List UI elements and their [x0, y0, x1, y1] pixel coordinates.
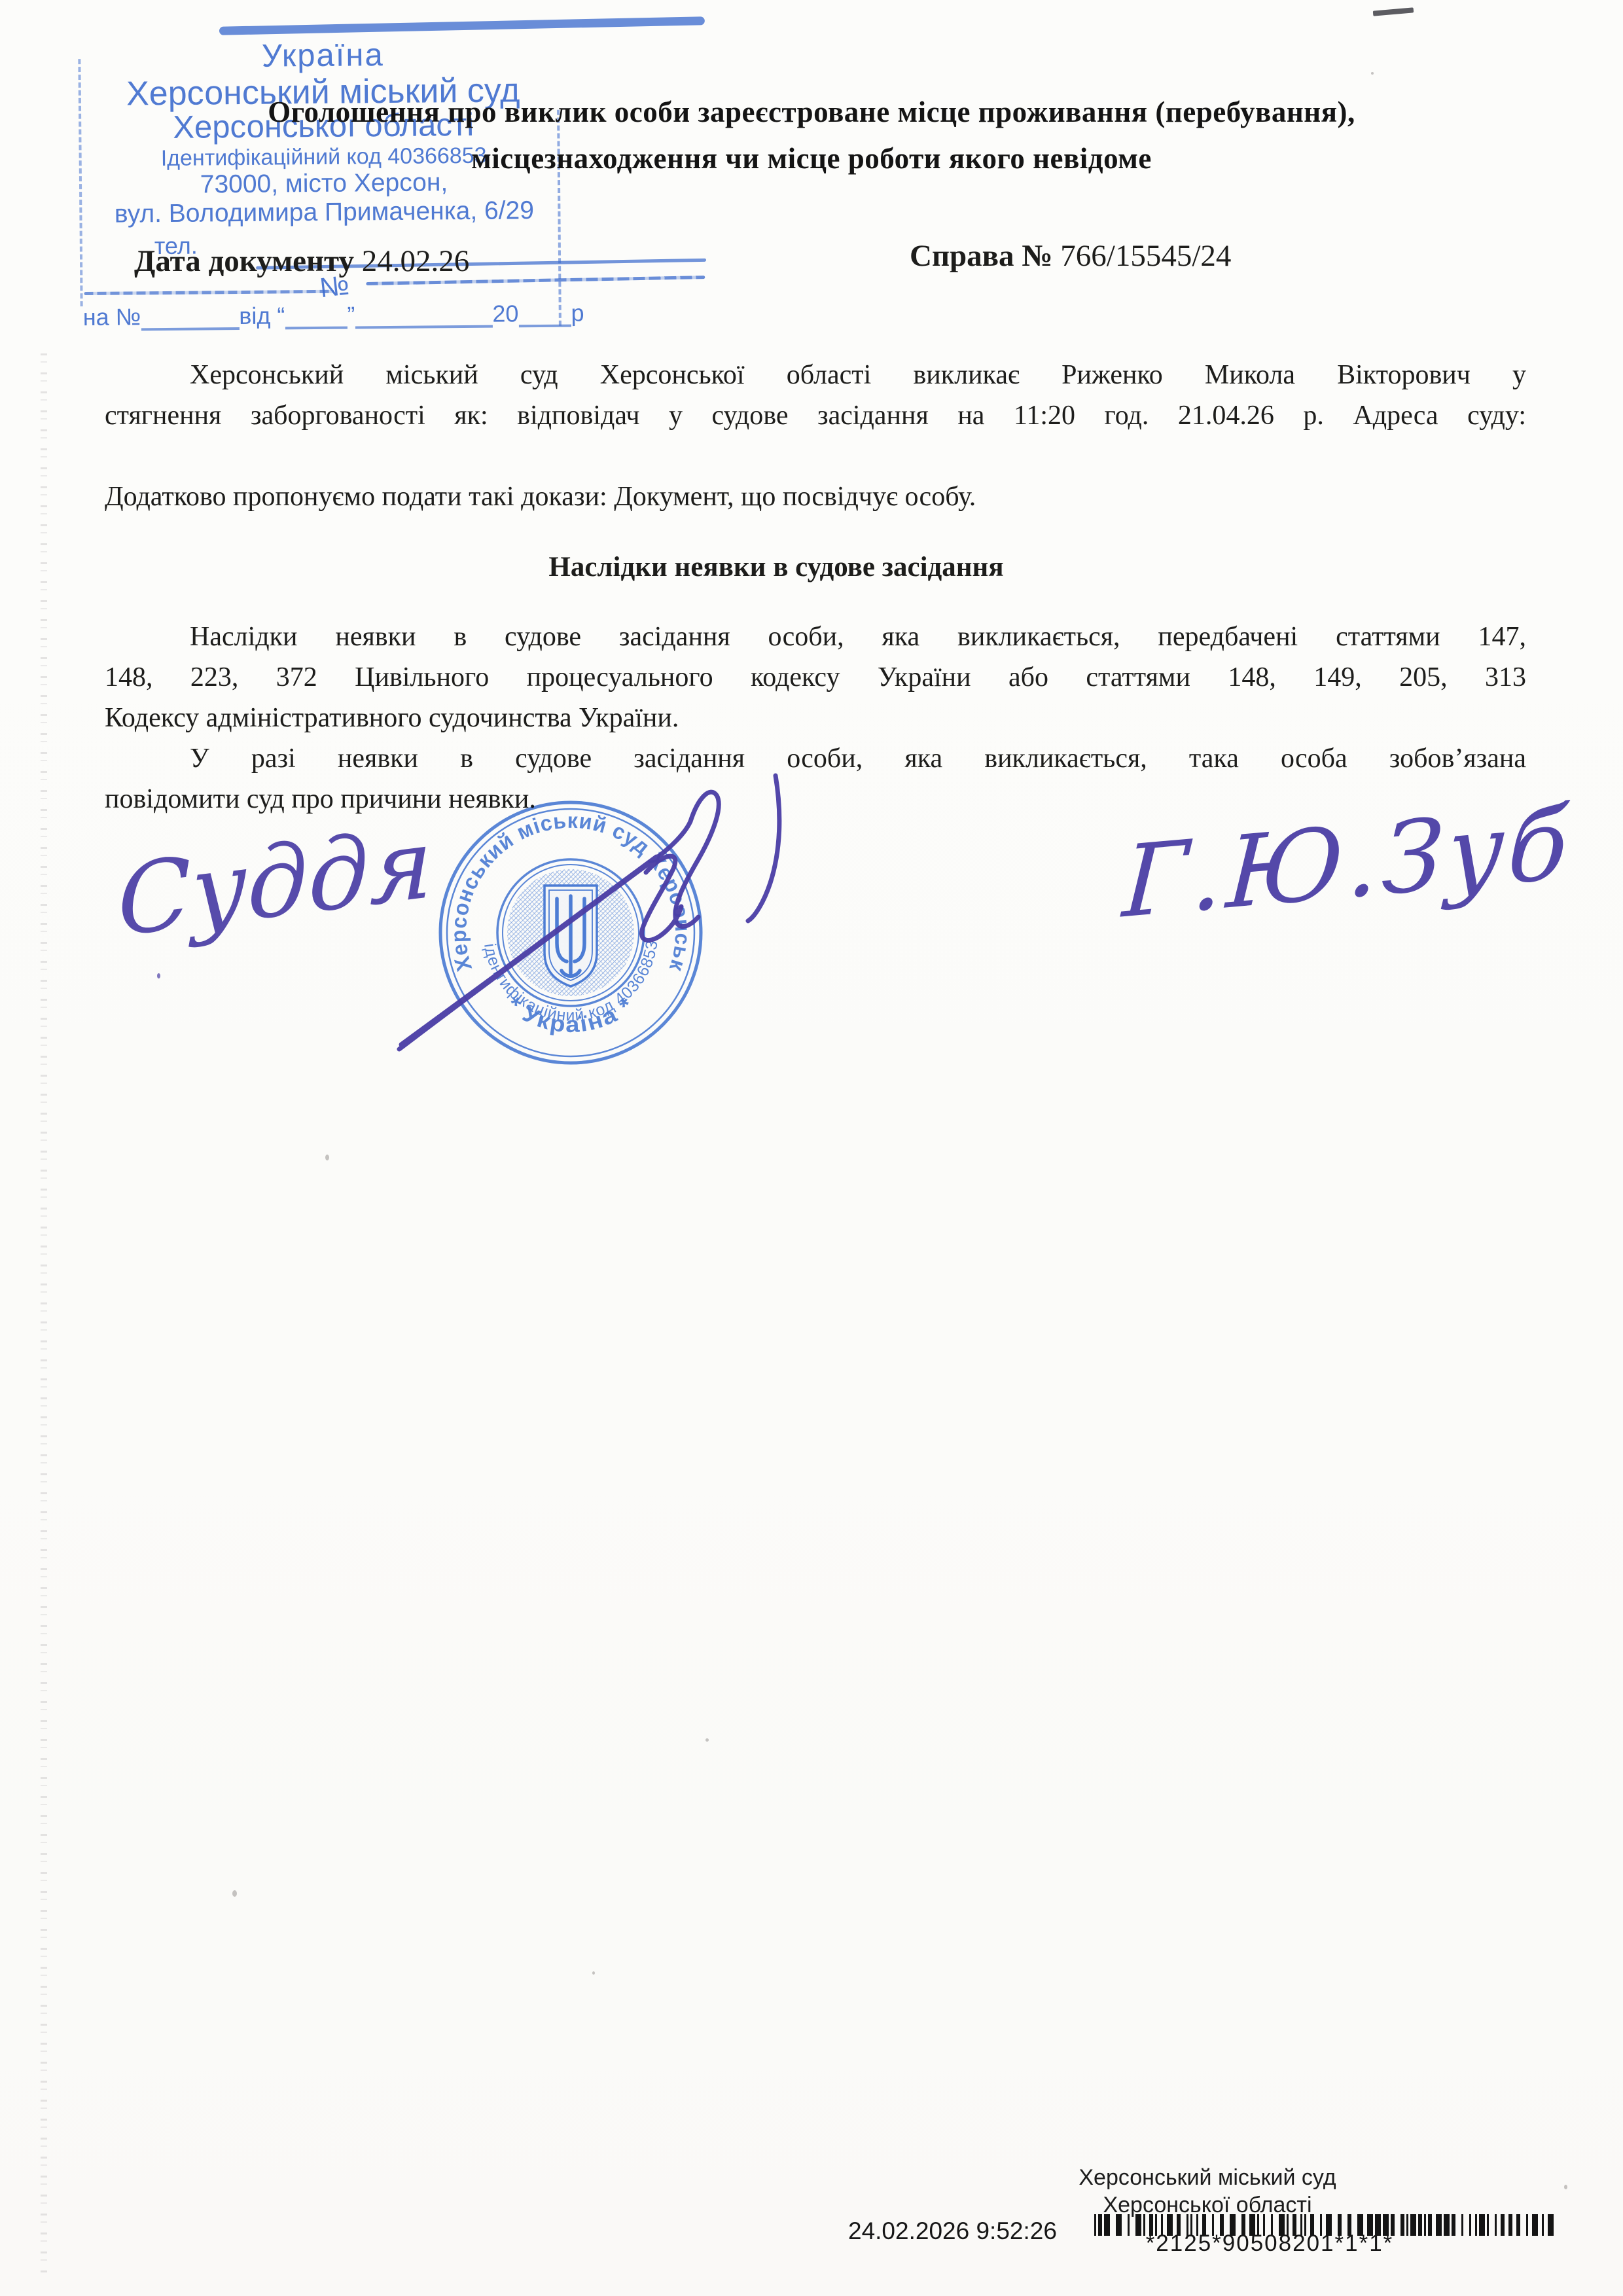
barcode-bar — [1469, 2214, 1471, 2236]
barcode-bar — [1452, 2214, 1455, 2236]
stamp-country: Україна — [74, 35, 571, 77]
text-line: Кодексу адміністративного судочинства Ук… — [105, 698, 1526, 738]
stamp-blank-line — [518, 300, 571, 328]
stamp-top-border — [219, 16, 705, 35]
court-inbound-stamp: Україна Херсонський міський суд Херсонсь… — [74, 16, 705, 348]
stamp-ref-close-quote: ” — [347, 301, 355, 329]
stamp-blank-line — [285, 302, 347, 330]
barcode-bar — [1548, 2214, 1554, 2236]
barcode-bar — [1487, 2214, 1489, 2236]
text-line: 148, 223, 372 Цивільного процесуального … — [105, 657, 1526, 698]
barcode-bar — [1542, 2214, 1544, 2236]
stamp-address-line2: вул. Володимира Примаченка, 6/29 — [75, 196, 573, 230]
case-label: Справа № — [910, 239, 1053, 273]
case-number-line: Справа № 766/15545/24 — [910, 238, 1231, 274]
stamp-ref-year: 20 — [492, 300, 518, 327]
barcode-bar — [1461, 2214, 1463, 2236]
document-title-line1: Оголошення про виклик особи зареєстрован… — [0, 89, 1623, 135]
scanned-document-page: Україна Херсонський міський суд Херсонсь… — [0, 0, 1623, 2296]
text-line: Херсонський міський суд Херсонської обла… — [105, 355, 1526, 395]
scan-corner-artifact — [1373, 7, 1414, 16]
footer-court-name: Херсонський міський суд Херсонської обла… — [1044, 2164, 1371, 2219]
section-heading: Наслідки неявки в судове засідання — [105, 547, 1448, 588]
document-title-line2: місцезнаходження чи місце роботи якого н… — [0, 135, 1623, 182]
barcode-bar — [1428, 2214, 1432, 2236]
barcode-bar — [1479, 2214, 1485, 2236]
barcode-bar — [1444, 2214, 1450, 2236]
barcode-bar — [1526, 2214, 1528, 2236]
stamp-blank-line — [141, 302, 239, 331]
scan-speck — [1371, 72, 1374, 75]
date-label: Дата документу — [134, 244, 354, 278]
footer-datetime: 24.02.2026 9:52:26 — [848, 2217, 1057, 2245]
scan-speck — [705, 1738, 709, 1742]
barcode-bar — [1516, 2214, 1520, 2236]
stamp-ref-line: на № від “ ” 20 р — [83, 299, 633, 331]
date-value: 24.02.26 — [362, 244, 470, 278]
signature-stroke — [363, 761, 815, 1082]
evidence-paragraph: Додатково пропонуємо подати такі докази:… — [105, 476, 1526, 517]
barcode-bar — [1436, 2214, 1442, 2236]
obligation-paragraph: У разі неявки в судове засідання особи, … — [105, 738, 1526, 819]
stamp-ref-year-suffix: р — [571, 299, 584, 327]
summons-paragraph: Херсонський міський суд Херсонської обла… — [105, 355, 1526, 436]
stamp-blank-line — [355, 300, 492, 329]
document-body: Херсонський міський суд Херсонської обла… — [105, 355, 1526, 819]
text-line: Додатково пропонуємо подати такі докази:… — [105, 476, 1526, 517]
case-value: 766/15545/24 — [1060, 239, 1231, 273]
barcode-bar — [1094, 2214, 1096, 2236]
footer-court-name-line1: Херсонський міський суд — [1044, 2164, 1371, 2191]
scan-speck — [232, 1890, 237, 1897]
barcode-text: *2125*90508201*1*1* — [1113, 2231, 1427, 2257]
stamp-ref-from-label: від “ — [239, 302, 285, 330]
text-line: У разі неявки в судове засідання особи, … — [105, 738, 1526, 779]
barcode-bar — [1104, 2214, 1110, 2236]
consequences-paragraph: Наслідки неявки в судове засідання особи… — [105, 617, 1526, 738]
barcode-bar — [1475, 2214, 1477, 2236]
stamp-ref-label: на № — [83, 303, 141, 331]
barcode-bar — [1495, 2214, 1497, 2236]
document-date-line: Дата документу 24.02.26 — [134, 243, 469, 279]
document-title: Оголошення про виклик особи зареєстрован… — [0, 89, 1623, 182]
barcode-bar — [1508, 2214, 1512, 2236]
ink-speck — [157, 973, 160, 978]
barcode-bar — [1501, 2214, 1505, 2236]
barcode-bar — [1098, 2214, 1102, 2236]
text-line: Наслідки неявки в судове засідання особи… — [105, 617, 1526, 657]
text-line: стягнення заборгованості як: відповідач … — [105, 395, 1526, 436]
stamp-rule-line — [84, 290, 334, 295]
scan-noise-strip — [41, 353, 47, 2278]
scan-speck — [592, 1971, 595, 1975]
barcode-bar — [1532, 2214, 1538, 2236]
scan-speck — [1564, 2185, 1567, 2189]
scan-speck — [325, 1155, 329, 1160]
